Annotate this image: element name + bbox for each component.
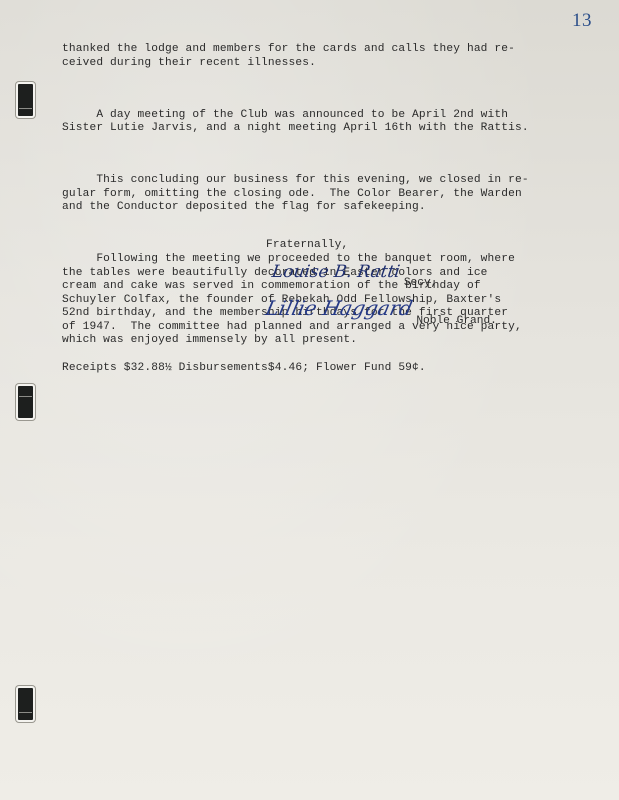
binder-hole-icon <box>16 82 35 118</box>
page-number: 13 <box>572 10 592 32</box>
text-line: thanked the lodge and members for the ca… <box>62 43 562 57</box>
paragraph-illness-thanks: thanked the lodge and members for the ca… <box>62 43 562 70</box>
signature-noble-grand: Lillie HaggardNoble Grand. <box>266 296 497 327</box>
handwritten-signature: Lillie Haggard <box>263 296 414 320</box>
paragraph-club-meetings: A day meeting of the Club was announced … <box>62 109 562 136</box>
binder-hole-icon <box>16 686 35 722</box>
financial-summary: Receipts $32.88½ Disbursements$4.46; Flo… <box>62 362 426 374</box>
text-line: This concluding our business for this ev… <box>62 174 562 188</box>
text-line: and the Conductor deposited the flag for… <box>62 201 562 215</box>
document-page: 13 thanked the lodge and members for the… <box>0 0 619 800</box>
signature-title: Secy, <box>404 277 438 289</box>
text-line: A day meeting of the Club was announced … <box>62 109 562 123</box>
minutes-body: thanked the lodge and members for the ca… <box>62 16 562 386</box>
text-line: gular form, omitting the closing ode. Th… <box>62 188 562 202</box>
closing-salutation: Fraternally, <box>266 239 348 251</box>
text-line: Sister Lutie Jarvis, and a night meeting… <box>62 122 562 136</box>
signature-secretary: Louise B. RattiSecy, <box>272 262 437 289</box>
paragraph-closing-business: This concluding our business for this ev… <box>62 174 562 215</box>
text-line: which was enjoyed immensely by all prese… <box>62 334 562 348</box>
signature-title: Noble Grand. <box>416 315 497 327</box>
handwritten-signature: Louise B. Ratti <box>271 262 402 282</box>
binder-hole-icon <box>16 384 35 420</box>
text-line: ceived during their recent illnesses. <box>62 57 562 71</box>
